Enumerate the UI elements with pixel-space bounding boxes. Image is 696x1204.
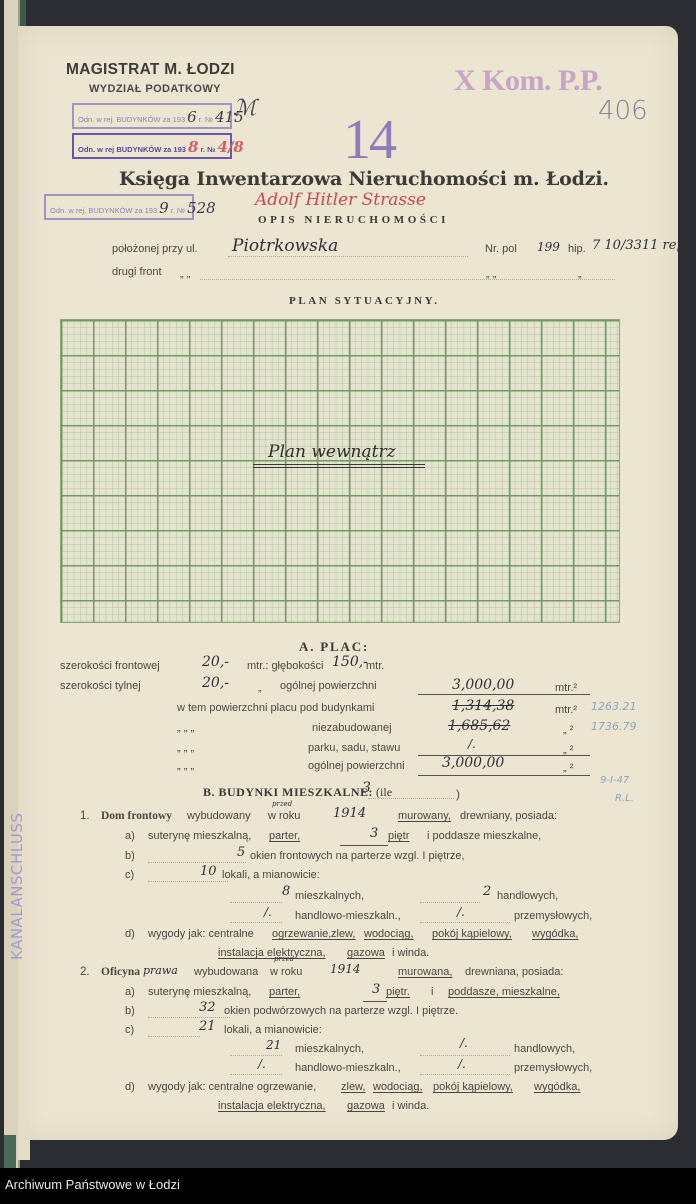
- rule: [363, 1001, 387, 1002]
- item-c-label: c): [125, 1024, 134, 1036]
- count-suffix: ): [456, 787, 460, 801]
- fill-line: [420, 1074, 510, 1075]
- overall-area-value: 3,000,00: [442, 755, 504, 771]
- residential-label: mieszkalnych,: [295, 890, 364, 902]
- windows-label: okien frontowych na parterze wzgl. I pię…: [250, 850, 465, 862]
- year-value: 1914: [330, 962, 361, 976]
- fill-line: [230, 922, 282, 923]
- fill-line: [200, 279, 615, 280]
- amenities-end: i winda.: [392, 947, 429, 959]
- material-other: drewniana, posiada:: [465, 966, 563, 978]
- pencil-initials: R.L.: [615, 793, 634, 804]
- stamp-label: Odn. w rej. BUDYNKÓW za 193: [50, 206, 157, 215]
- windows-value: 5: [237, 845, 245, 860]
- plan-heading: PLAN SYTUACYJNY.: [289, 295, 440, 307]
- industrial-label: przemysłowych,: [514, 1062, 592, 1074]
- built-label: wybudowany: [187, 810, 251, 822]
- built-label: wybudowana: [194, 966, 258, 978]
- rule: [340, 845, 388, 846]
- floors-label: piętr: [388, 830, 409, 842]
- stamp-label: Odn. w rej BUDYNKÓW za 193: [78, 145, 186, 154]
- fill-line: [420, 922, 510, 923]
- scanned-document: MAGISTRAT M. ŁODZI WYDZIAŁ PODATKOWY Odn…: [0, 0, 696, 1168]
- park-label: parku, sadu, stawu: [308, 742, 400, 754]
- depth-value: 150,-: [332, 654, 368, 670]
- item-a-label: a): [125, 830, 135, 842]
- ditto-marks: „ „: [486, 268, 496, 280]
- ditto-marks: „ „ „: [177, 722, 194, 734]
- total-area-label: ogólnej powierzchni: [280, 680, 377, 692]
- pencil-correction: 1263.21: [591, 700, 637, 713]
- office-name: MAGISTRAT M. ŁODZI: [66, 61, 235, 79]
- rule: [418, 775, 590, 776]
- amenity-selected: zlew,: [341, 1081, 365, 1093]
- ditto-marks: „: [258, 682, 262, 694]
- mixed-value: /.: [258, 1057, 266, 1071]
- built-area-label: w tem powierzchni placu pod budynkami: [177, 702, 375, 714]
- mixed-label: handlowo-mieszkaln.,: [295, 910, 401, 922]
- attic-selected: poddasze, mieszkalne,: [448, 986, 560, 998]
- amenity-selected: gazowa: [347, 947, 385, 959]
- windows-label: okien podwórzowych na parterze wzgl. I p…: [224, 1005, 458, 1017]
- pencil-correction: 1736.79: [591, 720, 637, 733]
- ditto-marks: „ „: [180, 268, 190, 280]
- stamp-number: 4/8: [218, 138, 244, 156]
- depth-label: mtr.: głębokości: [247, 660, 323, 672]
- front-width-value: 20,-: [202, 654, 229, 670]
- building-number: 1.: [80, 810, 90, 822]
- fill-line: [228, 256, 468, 257]
- street-value: Piotrkowska: [232, 236, 338, 256]
- industrial-label: przemysłowych,: [514, 910, 592, 922]
- fill-line: [420, 902, 480, 903]
- document-subtitle: OPIS NIERUCHOMOŚCI: [258, 214, 449, 226]
- ditto-marks: „ „ „: [177, 760, 194, 772]
- amenity-selected: instalacja elektryczna,: [218, 947, 326, 959]
- commercial-label: handlowych,: [497, 890, 558, 902]
- plan-note: Plan wewnątrz: [268, 442, 396, 462]
- in-year-label: w roku: [270, 966, 302, 978]
- units-label: lokali, a mianowicie:: [222, 869, 320, 881]
- graph-paper-grid: [60, 319, 620, 623]
- fill-line: [230, 902, 282, 903]
- archive-number: 406: [598, 96, 648, 126]
- amenities-prefix: wygody jak: centralne: [148, 928, 254, 940]
- street-label: położonej przy ul.: [112, 243, 198, 255]
- double-underline: [253, 464, 425, 468]
- stamp-number-label: r. №: [171, 206, 185, 215]
- amenity-selected: ogrzewanie,: [272, 928, 331, 940]
- unbuilt-area-value-struck: 1,685,62: [448, 718, 510, 734]
- mixed-value: /.: [264, 905, 272, 919]
- units-value: 10: [200, 864, 217, 879]
- amenity-selected: gazowa: [347, 1100, 385, 1112]
- mixed-label: handlowo-mieszkaln.,: [295, 1062, 401, 1074]
- units-label: lokali, a mianowicie:: [224, 1024, 322, 1036]
- stamp-year: 6: [187, 108, 197, 126]
- amenities-prefix: wygody jak: centralne ogrzewanie,: [148, 1081, 316, 1093]
- fill-line: [148, 1017, 230, 1018]
- signature: ℳ: [233, 96, 257, 121]
- page-edge: [18, 1120, 30, 1160]
- building-name: Dom frontowy: [101, 810, 172, 822]
- registry-stamp: Odn. w rej. BUDYNKÓW za 1936 r. №415: [72, 103, 232, 129]
- amenity-selected: pokój kąpielowy,: [433, 1081, 513, 1093]
- ditto-marks: „: [578, 268, 582, 280]
- item-c-label: c): [125, 869, 134, 881]
- fill-line: [420, 1055, 510, 1056]
- floors-value: 3: [370, 826, 378, 841]
- mortgage-value: 7 10/3311 rep.: [592, 238, 689, 253]
- park-value: /.: [468, 737, 476, 751]
- count-prefix: (ile: [376, 785, 392, 799]
- renamed-street-note: Adolf Hitler Strasse: [255, 190, 426, 210]
- residential-value: 21: [266, 1038, 281, 1052]
- commercial-label: handlowych,: [514, 1043, 575, 1055]
- building-number: 2.: [80, 966, 90, 978]
- unit-label: mtr.: [366, 660, 384, 672]
- built-area-value-struck: 1,314,38: [452, 698, 514, 714]
- floors-label: piętr.: [386, 986, 410, 998]
- rear-width-value: 20,-: [202, 675, 229, 691]
- fill-line: [230, 1055, 282, 1056]
- ditto-marks: „ ²: [563, 724, 573, 736]
- rule: [418, 694, 590, 695]
- rear-width-label: szerokości tylnej: [60, 680, 141, 692]
- second-front-label: drugi front: [112, 266, 162, 278]
- basement-label: suterynę mieszkalną,: [148, 986, 251, 998]
- correction-note: przed: [272, 800, 292, 808]
- windows-value: 32: [199, 1000, 216, 1015]
- item-b-label: b): [125, 850, 135, 862]
- commercial-value: 2: [483, 884, 491, 899]
- total-area-value: 3,000,00: [452, 677, 514, 693]
- ground-floor-selected: parter,: [269, 830, 300, 842]
- fill-line: [230, 1074, 282, 1075]
- front-width-label: szerokości frontowej: [60, 660, 160, 672]
- margin-stamp: KANALANSCHLUSS: [8, 813, 26, 960]
- amenity-selected: instalacja elektryczna,: [218, 1100, 326, 1112]
- registry-stamp: Odn. w rej BUDYNKÓW za 1938 r. №4/8: [72, 133, 232, 159]
- amenity-selected: wygódka,: [532, 928, 578, 940]
- document-title: Księga Inwentarzowa Nieruchomości m. Łod…: [119, 168, 609, 190]
- stamp-number: 528: [187, 199, 216, 217]
- material-selected: murowany,: [398, 810, 451, 822]
- mortgage-label: hip.: [568, 243, 586, 255]
- unit-label: mtr.²: [555, 704, 577, 716]
- stamp-number-label: r. №: [200, 145, 215, 154]
- floors-value: 3: [372, 982, 380, 997]
- residential-label: mieszkalnych,: [295, 1043, 364, 1055]
- correction-note: przed: [274, 955, 294, 963]
- attic-label: i poddasze mieszkalne,: [427, 830, 541, 842]
- number-value: 199: [537, 240, 560, 254]
- stamp-year: 9: [159, 199, 169, 217]
- binding-corner: [4, 1135, 16, 1168]
- committee-stamp: X Kom. P.P.: [454, 64, 602, 98]
- fill-line: [148, 881, 228, 882]
- amenities-end: i winda.: [392, 1100, 429, 1112]
- material-other: drewniany, posiada:: [460, 810, 557, 822]
- basement-label: suterynę mieszkalną,: [148, 830, 251, 842]
- item-d-label: d): [125, 928, 135, 940]
- page-number-stamp: 14: [343, 108, 395, 172]
- item-d-label: d): [125, 1081, 135, 1093]
- units-value: 21: [199, 1019, 216, 1034]
- section-a-heading: A. PLAC:: [299, 639, 369, 655]
- ditto-marks: „ ²: [563, 762, 573, 774]
- number-label: Nr. pol: [485, 243, 517, 255]
- item-a-label: a): [125, 986, 135, 998]
- in-year-label: w roku: [268, 810, 300, 822]
- building-count: 3: [362, 780, 371, 796]
- amenity-selected: zlew,: [331, 928, 355, 940]
- unbuilt-area-label: niezabudowanej: [312, 722, 392, 734]
- fill-line: [148, 1036, 200, 1037]
- heading-text: B. BUDYNKI MIESZKALNE:: [203, 785, 373, 799]
- building-name: Oficyna: [101, 966, 140, 978]
- industrial-value: /.: [458, 1057, 466, 1071]
- residential-value: 8: [282, 884, 290, 899]
- department-name: WYDZIAŁ PODATKOWY: [89, 83, 221, 95]
- ditto-marks: „ „ „: [177, 742, 194, 754]
- stamp-number-label: r. №: [199, 115, 213, 124]
- archive-credit: Archiwum Państwowe w Łodzi: [5, 1177, 180, 1192]
- building-name-extra: prawa: [143, 964, 178, 977]
- registry-stamp: Odn. w rej. BUDYNKÓW za 1939 r. №528: [44, 194, 194, 220]
- overall-area-label: ogólnej powierzchni: [308, 760, 405, 772]
- amenity-selected: wodociąg,: [364, 928, 414, 940]
- unit-label: mtr.²: [555, 682, 577, 694]
- stamp-year: 8: [188, 138, 198, 156]
- attic-prefix: i: [431, 986, 433, 998]
- commercial-value: /.: [460, 1036, 468, 1050]
- industrial-value: /.: [457, 905, 465, 919]
- amenity-selected: pokój kąpielowy,: [432, 928, 512, 940]
- ground-floor-selected: parter,: [269, 986, 300, 998]
- year-value: 1914: [333, 806, 366, 821]
- item-b-label: b): [125, 1005, 135, 1017]
- material-selected: murowana,: [398, 966, 452, 978]
- amenity-selected: wygódka,: [534, 1081, 580, 1093]
- amenity-selected: wodociąg,: [373, 1081, 423, 1093]
- pencil-date: 9-I-47: [600, 775, 629, 786]
- fill-line: [368, 798, 454, 799]
- stamp-label: Odn. w rej. BUDYNKÓW za 193: [78, 115, 185, 124]
- fill-line: [148, 862, 246, 863]
